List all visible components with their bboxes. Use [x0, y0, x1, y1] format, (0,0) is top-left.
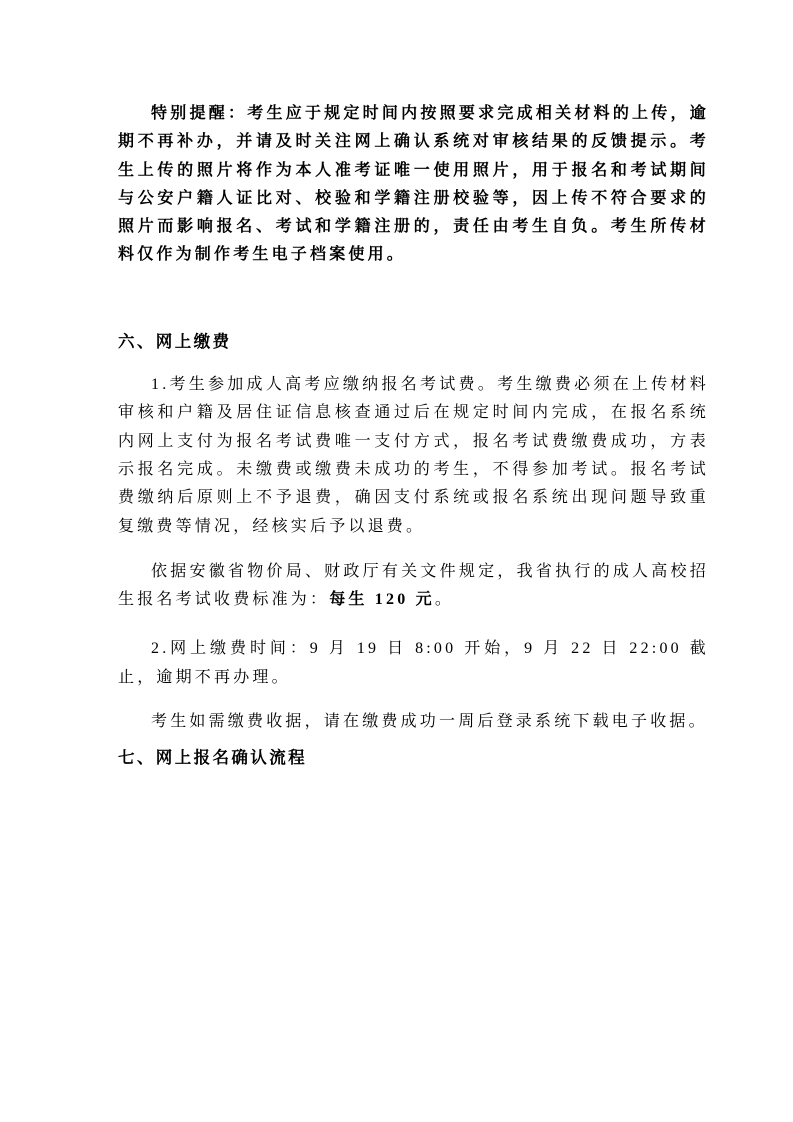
- fee-body-text: 。: [435, 591, 454, 608]
- special-notice-paragraph: 特别提醒：考生应于规定时间内按照要求完成相关材料的上传，逾期不再补办，并请及时关…: [118, 100, 709, 270]
- document-page: 特别提醒：考生应于规定时间内按照要求完成相关材料的上传，逾期不再补办，并请及时关…: [0, 0, 793, 1122]
- receipt-download-paragraph: 考生如需缴费收据，请在缴费成功一周后登录系统下载电子收据。: [118, 708, 709, 736]
- fee-amount-text: 每生 120 元: [329, 591, 435, 608]
- payment-time-paragraph: 2.网上缴费时间：9 月 19 日 8:00 开始，9 月 22 日 22:00…: [118, 635, 709, 692]
- fee-standard-paragraph: 依据安徽省物价局、财政厅有关文件规定，我省执行的成人高校招生报名考试收费标准为：…: [118, 558, 709, 615]
- section-seven-heading: 七、网上报名确认流程: [118, 744, 709, 772]
- payment-rules-paragraph: 1.考生参加成人高考应缴纳报名考试费。考生缴费必须在上传材料审核和户籍及居住证信…: [118, 371, 709, 541]
- section-six-heading: 六、网上缴费: [118, 328, 709, 356]
